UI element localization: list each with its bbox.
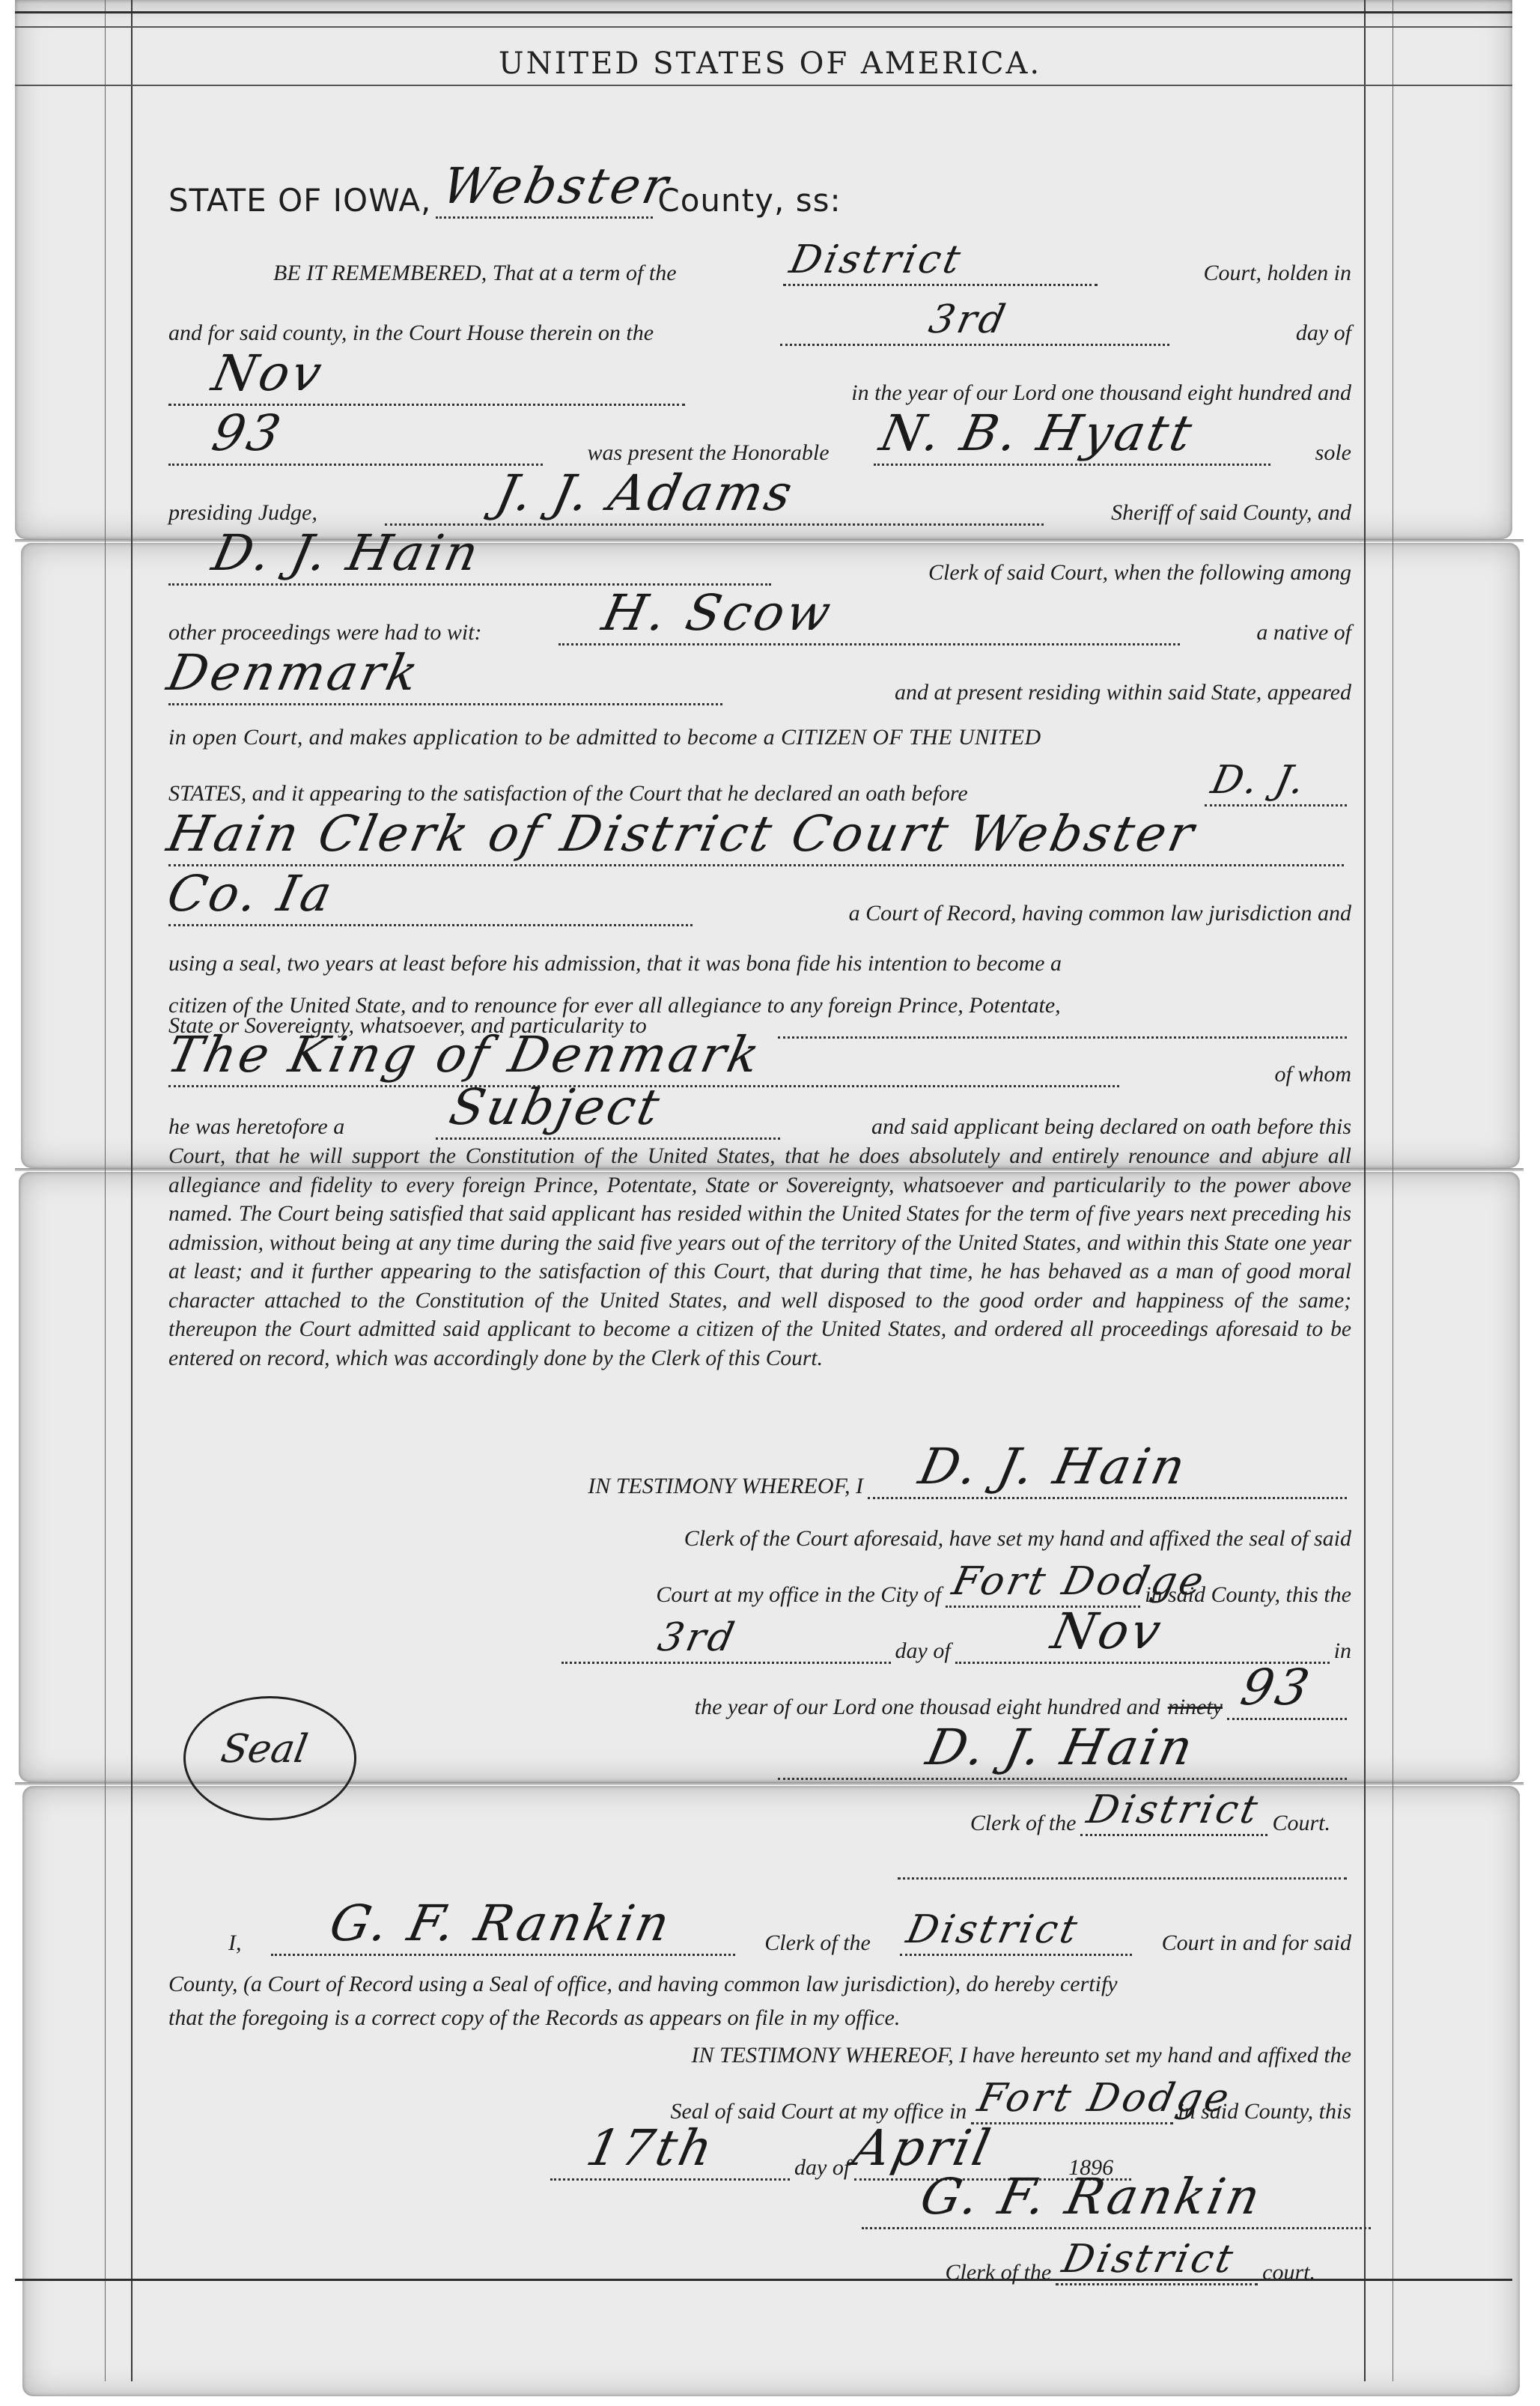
certification-line-3: that the foregoing is a correct copy of …: [168, 1999, 1351, 2031]
text: Court.: [1272, 1811, 1330, 1836]
oath-clerk-handwritten: Hain Clerk of District Court Webster: [162, 805, 1202, 863]
oath-before-handwritten: D. J.: [1208, 758, 1312, 803]
testimony-day-handwritten: 3rd: [654, 1615, 740, 1660]
text: using a seal, two years at least before …: [168, 951, 1062, 976]
cert-day-field: 17th: [550, 2151, 790, 2181]
cert-signature-line: G. F. Rankin: [192, 2198, 1375, 2229]
frame-rule-left-inner: [131, 0, 133, 2381]
frame-rule-right-outer: [1393, 0, 1393, 2381]
text: other proceedings were had to wit:: [168, 620, 482, 645]
testimony-year-handwritten: 93: [1236, 1659, 1317, 1716]
cert-court-handwritten: District: [903, 1907, 1084, 1952]
text: of whom: [1274, 1062, 1351, 1087]
county-handwritten: Webster: [437, 157, 676, 215]
certification-line-2: County, (a Court of Record using a Seal …: [168, 1966, 1351, 1997]
status-handwritten: Subject: [445, 1078, 667, 1136]
opening-line-6: D. J. Hain Clerk of said Court, when the…: [168, 554, 1351, 586]
cert-signature: G. F. Rankin: [916, 2168, 1268, 2226]
opening-line-4: 93 was present the Honorable N. B. Hyatt…: [168, 434, 1351, 466]
day-handwritten: 3rd: [925, 297, 1012, 342]
year-handwritten: 93: [207, 404, 288, 462]
text: and at present residing within said Stat…: [895, 680, 1351, 705]
text: Clerk of the: [946, 2260, 1052, 2285]
testimony-line-5: the year of our Lord one thousad eight h…: [168, 1689, 1351, 1720]
testimony-line-3: Court at my office in the City of Fort D…: [168, 1576, 1351, 1608]
cert-clerk-field: G. F. Rankin: [271, 1927, 735, 1956]
header-rule-top: [15, 11, 1512, 13]
cert-clerk-handwritten: G. F. Rankin: [325, 1895, 678, 1952]
text: Sheriff of said County, and: [1111, 500, 1351, 526]
oath-before-field: D. J.: [1205, 777, 1347, 806]
text: Court in and for said: [1162, 1930, 1351, 1956]
oath-clerk-field: Hain Clerk of District Court Webster: [168, 837, 1344, 866]
text: that the foregoing is a correct copy of …: [168, 2005, 900, 2031]
testimony-clerk-field: D. J. Hain: [868, 1470, 1347, 1499]
certification-blank-line: [168, 1872, 1351, 1880]
frame-rule-right-inner: [1364, 0, 1366, 2381]
court-field: District: [783, 257, 1098, 286]
oath-paragraph: Court, that he will support the Constitu…: [168, 1142, 1351, 1373]
text: presiding Judge,: [168, 500, 317, 526]
testimony-clerk-handwritten: D. J. Hain: [914, 1438, 1193, 1495]
text: and for said county, in the Court House …: [168, 321, 654, 346]
cert-court2-handwritten: District: [1059, 2237, 1240, 2282]
testimony-line-7: Clerk of the District Court.: [147, 1805, 1330, 1836]
opening-line-13: using a seal, two years at least before …: [168, 945, 1351, 976]
testimony-line-4: 3rd day of Nov in: [168, 1632, 1351, 1664]
opening-line-11: Hain Clerk of District Court Webster: [168, 835, 1351, 866]
text: Clerk of the Court aforesaid, have set m…: [684, 1526, 1351, 1552]
text: STATES, and it appearing to the satisfac…: [168, 781, 968, 806]
text: in open Court, and makes application to …: [168, 725, 1041, 750]
text: day of: [794, 2155, 850, 2181]
opening-line-5: presiding Judge, J. J. Adams Sheriff of …: [168, 494, 1351, 526]
month-field: Nov: [168, 377, 685, 406]
text: Clerk of said Court, when the following …: [928, 560, 1351, 586]
text: in: [1334, 1638, 1351, 1664]
text: Court at my office in the City of: [656, 1582, 941, 1608]
clerk-handwritten: D. J. Hain: [207, 524, 487, 582]
text: was present the Honorable: [588, 440, 830, 466]
opening-line-16: The King of Denmark of whom: [168, 1056, 1351, 1087]
clerk-field: D. J. Hain: [168, 556, 771, 586]
day-field: 3rd: [780, 317, 1169, 346]
county-suffix: County, ss:: [657, 182, 841, 219]
state-label: STATE OF IOWA,: [168, 182, 431, 219]
blank-field: [898, 1873, 1347, 1880]
text: County, (a Court of Record using a Seal …: [168, 1972, 1118, 1997]
cert-city-handwritten: Fort Dodge: [974, 2076, 1236, 2121]
frame-rule-left-outer: [105, 0, 106, 2381]
cert-court-field: District: [900, 1927, 1132, 1956]
cert-signature-field: G. F. Rankin: [862, 2200, 1371, 2229]
testimony-line-1: IN TESTIMONY WHEREOF, I D. J. Hain: [168, 1468, 1351, 1499]
month-handwritten: Nov: [207, 344, 329, 402]
judge-handwritten: N. B. Hyatt: [875, 404, 1200, 462]
applicant-field: H. Scow: [559, 616, 1180, 645]
opening-line-8: Denmark and at present residing within s…: [168, 674, 1351, 705]
opening-line-3: Nov in the year of our Lord one thousand…: [168, 374, 1351, 406]
sovereign-handwritten: The King of Denmark: [162, 1026, 767, 1084]
judge-field: N. B. Hyatt: [874, 437, 1270, 466]
text: the year of our Lord one thousad eight h…: [695, 1695, 1160, 1720]
text: IN TESTIMONY WHEREOF, I: [588, 1474, 863, 1499]
status-field: Subject: [436, 1111, 780, 1140]
testimony-month-handwritten: Nov: [1046, 1603, 1168, 1660]
county-state-field: Co. Ia: [168, 897, 693, 926]
city-handwritten: Fort Dodge: [949, 1559, 1211, 1604]
opening-line-1: BE IT REMEMBERED, That at a term of the …: [168, 255, 1351, 286]
opening-line-10: STATES, and it appearing to the satisfac…: [168, 775, 1351, 806]
certification-line-4: IN TESTIMONY WHEREOF, I have hereunto se…: [168, 2037, 1351, 2068]
court-handwritten: District: [785, 237, 967, 282]
country-handwritten: Denmark: [162, 644, 426, 702]
text: I,: [228, 1930, 242, 1956]
applicant-handwritten: H. Scow: [597, 584, 839, 642]
certification-line-5: Seal of said Court at my office in Fort …: [168, 2093, 1351, 2124]
text: Clerk of the: [970, 1811, 1077, 1836]
sheriff-field: J. J. Adams: [385, 496, 1044, 526]
text: Clerk of the: [764, 1930, 871, 1956]
text: sole: [1315, 440, 1351, 466]
testimony-signature-field: D. J. Hain: [778, 1751, 1347, 1780]
testimony-court-handwritten: District: [1083, 1787, 1264, 1832]
text: in the year of our Lord one thousand eig…: [851, 380, 1351, 406]
cert-day-handwritten: 17th: [582, 2119, 720, 2177]
text: day of: [1296, 321, 1351, 346]
state-header: STATE OF IOWA, Webster County, ss:: [168, 166, 1351, 219]
year-field: 93: [168, 437, 543, 466]
text: a Court of Record, having common law jur…: [849, 901, 1351, 926]
text: day of: [895, 1638, 951, 1664]
testimony-court-field: District: [1080, 1807, 1267, 1836]
testimony-year-field: 93: [1227, 1691, 1347, 1720]
opening-line-12: Co. Ia a Court of Record, having common …: [168, 895, 1351, 926]
certification-line-1: I, G. F. Rankin Clerk of the District Co…: [168, 1925, 1351, 1956]
header-rule-top-2: [15, 26, 1512, 28]
opening-line-7: other proceedings were had to wit: H. Sc…: [168, 614, 1351, 645]
certification-line-8: Clerk of the District court.: [133, 2254, 1315, 2285]
testimony-line-2: Clerk of the Court aforesaid, have set m…: [168, 1520, 1351, 1552]
text: IN TESTIMONY WHEREOF, I have hereunto se…: [691, 2043, 1351, 2068]
opening-line-9: in open Court, and makes application to …: [168, 719, 1351, 750]
country-field: Denmark: [168, 676, 722, 705]
page-title: UNITED STATES OF AMERICA.: [0, 46, 1540, 81]
county-field: Webster: [436, 189, 653, 219]
text: a native of: [1256, 620, 1351, 645]
struck-text: ninety: [1168, 1695, 1223, 1720]
text: BE IT REMEMBERED, That at a term of the: [273, 261, 677, 286]
cert-court2-field: District: [1056, 2256, 1258, 2285]
seal-stamp: Seal: [183, 1696, 356, 1820]
text: and said applicant being declared on oat…: [871, 1114, 1351, 1140]
sovereign-field-blank: [778, 1009, 1347, 1039]
text: Court, holden in: [1203, 261, 1351, 286]
county-state-handwritten: Co. Ia: [162, 865, 340, 923]
testimony-signature: D. J. Hain: [922, 1719, 1201, 1776]
testimony-day-field: 3rd: [561, 1635, 891, 1664]
cert-city-field: Fort Dodge: [971, 2095, 1173, 2124]
opening-line-17: he was heretofore a Subject and said app…: [168, 1108, 1351, 1140]
sheriff-handwritten: J. J. Adams: [491, 464, 800, 522]
header-rule-bottom: [15, 85, 1512, 86]
text: court.: [1262, 2260, 1315, 2285]
text: he was heretofore a: [168, 1114, 344, 1140]
opening-line-2: and for said county, in the Court House …: [168, 315, 1351, 346]
seal-label: Seal: [218, 1727, 311, 1772]
